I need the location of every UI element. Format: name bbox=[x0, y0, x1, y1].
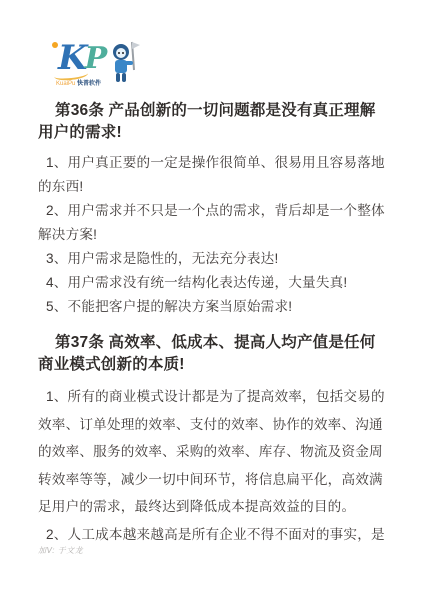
logo-letters: K P bbox=[58, 40, 107, 80]
list-item: 1、用户真正要的一定是操作很简单、很易用且容易落地的东西! bbox=[38, 151, 391, 199]
document-content: 第36条 产品创新的一切问题都是没有真正理解用户的需求! 1、用户真正要的一定是… bbox=[38, 100, 391, 548]
logo-subtext-left: KuaiPu bbox=[56, 81, 77, 87]
kp-logo: K P KuaiPu 快普软件 bbox=[58, 40, 142, 96]
list-item: 3、用户需求是隐性的，无法充分表达! bbox=[38, 247, 391, 271]
list-item: 2、人工成本越来越高是所有企业不得不面对的事实，是 bbox=[38, 521, 391, 549]
section-36: 第36条 产品创新的一切问题都是没有真正理解用户的需求! 1、用户真正要的一定是… bbox=[38, 100, 391, 319]
list-item: 4、用户需求没有统一结构化表达传递，大量失真! bbox=[38, 271, 391, 295]
list-item: 2、用户需求并不只是一个点的需求，背后却是一个整体解决方案! bbox=[38, 199, 391, 247]
document-page: K P KuaiPu 快普软件 bbox=[0, 0, 421, 598]
logo-letter-k: K bbox=[58, 40, 88, 76]
logo-subtext-right: 快普软件 bbox=[77, 81, 101, 87]
list-item: 5、不能把客户提的解决方案当原始需求! bbox=[38, 295, 391, 319]
section-heading: 第36条 产品创新的一切问题都是没有真正理解用户的需求! bbox=[38, 100, 391, 144]
logo-subtext: KuaiPu 快普软件 bbox=[56, 80, 116, 88]
logo-letter-p: P bbox=[85, 40, 108, 78]
mascot-figure-icon bbox=[110, 40, 140, 89]
section-37: 第37条 高效率、低成本、提高人均产值是任何商业模式创新的本质! 1、所有的商业… bbox=[38, 332, 391, 548]
section-heading: 第37条 高效率、低成本、提高人均产值是任何商业模式创新的本质! bbox=[38, 332, 391, 376]
watermark-text: 加V: 于文龙 bbox=[38, 545, 83, 556]
list-item: 1、所有的商业模式设计都是为了提高效率，包括交易的效率、订单处理的效率、支付的效… bbox=[38, 383, 391, 521]
